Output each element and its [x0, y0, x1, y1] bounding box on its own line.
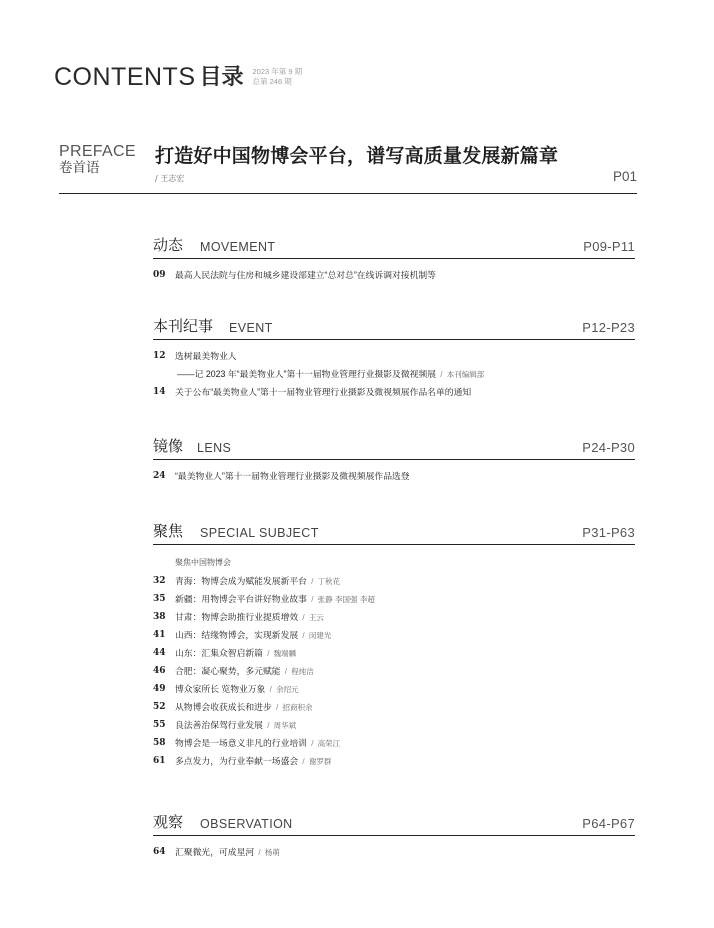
- section-pages: P24-P30: [582, 441, 635, 455]
- author-separator: /: [309, 739, 316, 748]
- entry-title: 甘肃：物博会助推行业提质增效: [175, 612, 298, 622]
- entry-title: 最高人民法院与住房和城乡建设部建立“总对总”在线诉调对接机制等: [175, 266, 436, 284]
- toc-entry[interactable]: 12 选树最美物业人: [153, 347, 635, 365]
- toc-entry[interactable]: 32 青海：物博会成为赋能发展新平台 / 丁秋花: [153, 572, 635, 590]
- toc-entry-subtitle[interactable]: ——记 2023 年“最美物业人”第十一届物业管理行业摄影及微视频展 / 本刊编…: [153, 365, 635, 383]
- section-header: 动态 MOVEMENT P09-P11: [153, 233, 635, 259]
- author-separator: /: [300, 613, 307, 622]
- entry-page: 55: [153, 716, 166, 734]
- entry-author: 张静 李国强 李超: [318, 595, 375, 604]
- kicker-text: 聚焦中国物博会: [175, 554, 231, 572]
- preface-block: PREFACE 卷首语 打造好中国物博会平台，谱写高质量发展新篇章 / 王志宏 …: [59, 143, 637, 194]
- section-title-en: EVENT: [229, 321, 273, 335]
- entry-author: 高荣江: [318, 739, 341, 748]
- toc-entry[interactable]: 52 从物博会收获成长和进步 / 招商积余: [153, 698, 635, 716]
- toc-entry[interactable]: 44 山东：汇集众智启新篇 / 魏端麟: [153, 644, 635, 662]
- toc-entry[interactable]: 55 良法善治保驾行业发展 / 周华斌: [153, 716, 635, 734]
- entry-page: 58: [153, 734, 166, 752]
- section-title-cn: 聚焦: [153, 523, 183, 541]
- contents-title-en: CONTENTS: [54, 64, 196, 90]
- entry-author: 谢罗群: [309, 757, 332, 766]
- author-separator: /: [309, 595, 316, 604]
- entry-page: 38: [153, 608, 166, 626]
- author-separator: /: [283, 667, 290, 676]
- toc-entry[interactable]: 38 甘肃：物博会助推行业提质增效 / 王云: [153, 608, 635, 626]
- author-separator: /: [309, 577, 316, 586]
- author-separator: /: [274, 703, 281, 712]
- toc-entry[interactable]: 64 汇聚微光，可成星河 / 杨萌: [153, 843, 635, 861]
- section-pages: P12-P23: [582, 321, 635, 335]
- entry-author: 余绍元: [276, 685, 299, 694]
- toc-entry[interactable]: 49 博众家所长 览物业万象 / 余绍元: [153, 680, 635, 698]
- entry-title: 从物博会收获成长和进步: [175, 702, 272, 712]
- section-title-cn: 镜像: [153, 438, 183, 456]
- entry-title: 良法善治保驾行业发展: [175, 720, 263, 730]
- entry-page: 64: [153, 843, 166, 861]
- entry-author: 闵建光: [309, 631, 332, 640]
- entry-author: 招商积余: [282, 703, 312, 712]
- entry-page: 24: [153, 467, 166, 485]
- toc-entry[interactable]: 61 多点发力，为行业奉献一场盛会 / 谢罗群: [153, 752, 635, 770]
- issue-number: 2023 年第 9 期: [253, 67, 303, 77]
- entry-title: 关于公布“最美物业人”第十一届物业管理行业摄影及微视频展作品名单的通知: [175, 383, 471, 401]
- issue-total: 总第 246 期: [253, 77, 303, 87]
- entry-page: 14: [153, 383, 166, 401]
- entry-page: 32: [153, 572, 166, 590]
- entry-subtitle: ——记 2023 年“最美物业人”第十一届物业管理行业摄影及微视频展: [177, 369, 436, 379]
- toc-entry[interactable]: 24 “最美物业人”第十一届物业管理行业摄影及微视频展作品选登: [153, 467, 635, 485]
- toc-entry[interactable]: 14 关于公布“最美物业人”第十一届物业管理行业摄影及微视频展作品名单的通知: [153, 383, 635, 401]
- toc-entry[interactable]: 41 山西：结缘物博会，实现新发展 / 闵建光: [153, 626, 635, 644]
- author-separator: /: [265, 649, 272, 658]
- section-title-en: SPECIAL SUBJECT: [200, 526, 319, 540]
- entry-title: 新疆：用物博会平台讲好物业故事: [175, 594, 307, 604]
- section-pages: P09-P11: [583, 240, 635, 254]
- entry-author: 本刊编辑部: [447, 370, 485, 379]
- section-title-en: LENS: [197, 441, 231, 455]
- masthead: CONTENTS 目录 2023 年第 9 期 总第 246 期: [54, 64, 302, 90]
- entry-page: 35: [153, 590, 166, 608]
- section-lens: 镜像 LENS P24-P30 24 “最美物业人”第十一届物业管理行业摄影及微…: [153, 434, 635, 485]
- entry-title: 博众家所长 览物业万象: [175, 684, 265, 694]
- entry-page: 52: [153, 698, 166, 716]
- author-separator: /: [256, 848, 263, 857]
- entry-title: 汇聚微光，可成星河: [175, 847, 254, 857]
- author-separator: /: [267, 685, 274, 694]
- author-separator: /: [300, 631, 307, 640]
- section-pages: P31-P63: [582, 526, 635, 540]
- section-observation: 观察 OBSERVATION P64-P67 64 汇聚微光，可成星河 / 杨萌: [153, 810, 635, 861]
- issue-info: 2023 年第 9 期 总第 246 期: [253, 67, 303, 87]
- preface-label-cn: 卷首语: [59, 159, 100, 176]
- section-kicker: 聚焦中国物博会: [153, 554, 635, 572]
- entry-title: 山西：结缘物博会，实现新发展: [175, 630, 298, 640]
- entry-author: 丁秋花: [318, 577, 341, 586]
- preface-label-en: PREFACE: [59, 143, 136, 160]
- entry-title: 青海：物博会成为赋能发展新平台: [175, 576, 307, 586]
- preface-page: P01: [613, 169, 637, 184]
- section-event: 本刊纪事 EVENT P12-P23 12 选树最美物业人 ——记 2023 年…: [153, 314, 635, 401]
- entry-page: 41: [153, 626, 166, 644]
- preface-title[interactable]: 打造好中国物博会平台，谱写高质量发展新篇章: [155, 145, 558, 169]
- entry-title: 山东：汇集众智启新篇: [175, 648, 263, 658]
- entry-author: 杨萌: [265, 848, 280, 857]
- entry-title: 物博会是一场意义非凡的行业培训: [175, 738, 307, 748]
- section-special-subject: 聚焦 SPECIAL SUBJECT P31-P63 聚焦中国物博会 32 青海…: [153, 519, 635, 770]
- entry-page: 44: [153, 644, 166, 662]
- entry-page: 61: [153, 752, 166, 770]
- toc-entry[interactable]: 46 合肥：凝心聚势，多元赋能 / 程纯洁: [153, 662, 635, 680]
- preface-author: / 王志宏: [155, 173, 184, 184]
- section-title-en: OBSERVATION: [200, 817, 293, 831]
- contents-title-cn: 目录: [200, 64, 244, 90]
- author-separator: /: [265, 721, 272, 730]
- section-title-en: MOVEMENT: [200, 240, 275, 254]
- entry-page: 49: [153, 680, 166, 698]
- entry-author: 王云: [309, 613, 324, 622]
- section-header: 聚焦 SPECIAL SUBJECT P31-P63: [153, 519, 635, 545]
- entry-author: 程纯洁: [291, 667, 314, 676]
- section-movement: 动态 MOVEMENT P09-P11 09 最高人民法院与住房和城乡建设部建立…: [153, 233, 635, 284]
- entry-page: 46: [153, 662, 166, 680]
- toc-entry[interactable]: 58 物博会是一场意义非凡的行业培训 / 高荣江: [153, 734, 635, 752]
- entry-author: 魏端麟: [274, 649, 297, 658]
- entry-page: 12: [153, 347, 166, 365]
- entry-title: 选树最美物业人: [175, 347, 237, 365]
- toc-entry[interactable]: 09 最高人民法院与住房和城乡建设部建立“总对总”在线诉调对接机制等: [153, 266, 635, 284]
- entry-title: “最美物业人”第十一届物业管理行业摄影及微视频展作品选登: [175, 467, 410, 485]
- section-pages: P64-P67: [582, 817, 635, 831]
- toc-entry[interactable]: 35 新疆：用物博会平台讲好物业故事 / 张静 李国强 李超: [153, 590, 635, 608]
- entry-title: 合肥：凝心聚势，多元赋能: [175, 666, 281, 676]
- entry-author: 周华斌: [274, 721, 297, 730]
- author-separator: /: [438, 370, 445, 379]
- author-separator: /: [300, 757, 307, 766]
- section-title-cn: 本刊纪事: [153, 318, 213, 336]
- section-header: 镜像 LENS P24-P30: [153, 434, 635, 460]
- entry-title: 多点发力，为行业奉献一场盛会: [175, 756, 298, 766]
- section-title-cn: 动态: [153, 237, 183, 255]
- section-header: 观察 OBSERVATION P64-P67: [153, 810, 635, 836]
- entry-page: 09: [153, 266, 166, 284]
- section-title-cn: 观察: [153, 814, 183, 832]
- section-header: 本刊纪事 EVENT P12-P23: [153, 314, 635, 340]
